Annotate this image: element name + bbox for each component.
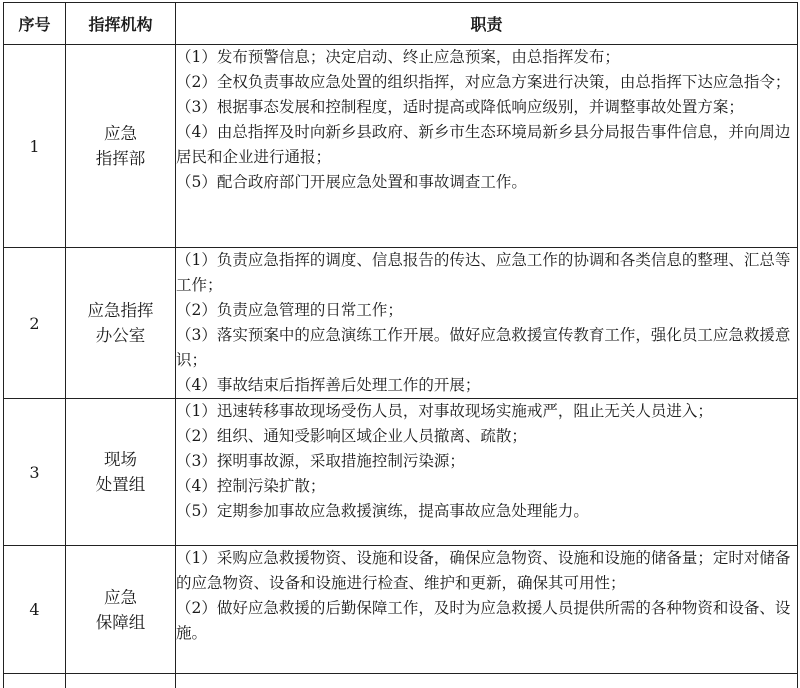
row-org: 应急 指挥部 xyxy=(66,45,176,248)
org-line: 保障组 xyxy=(66,610,175,635)
row-seq: 4 xyxy=(4,546,66,674)
table-row-partial xyxy=(4,674,798,688)
duty-item: （4）事故结束后指挥善后处理工作的开展； xyxy=(176,373,797,398)
header-row: 序号 指挥机构 职责 xyxy=(4,3,798,45)
row-duties xyxy=(176,674,798,688)
org-line: 应急 xyxy=(66,585,175,610)
org-line: 办公室 xyxy=(66,323,175,348)
header-seq: 序号 xyxy=(4,3,66,45)
duty-item: （1）迅速转移事故现场受伤人员，对事故现场实施戒严，阻止无关人员进入； xyxy=(176,399,797,424)
table-row: 2 应急指挥 办公室 （1）负责应急指挥的调度、信息报告的传达、应急工作的协调和… xyxy=(4,248,798,399)
row-seq: 1 xyxy=(4,45,66,248)
duty-item: （5）配合政府部门开展应急处置和事故调查工作。 xyxy=(176,170,797,195)
row-duties: （1）采购应急救援物资、设施和设备，确保应急物资、设施和设施的储备量；定时对储备… xyxy=(176,546,798,674)
header-org: 指挥机构 xyxy=(66,3,176,45)
duty-item: （4）由总指挥及时向新乡县政府、新乡市生态环境局新乡县分局报告事件信息，并向周边… xyxy=(176,120,797,170)
row-org: 现场 处置组 xyxy=(66,399,176,546)
row-duties: （1）发布预警信息；决定启动、终止应急预案，由总指挥发布； （2）全权负责事故应… xyxy=(176,45,798,248)
duty-item: （3）根据事态发展和控制程度，适时提高或降低响应级别，并调整事故处置方案； xyxy=(176,95,797,120)
duty-item: （2）全权负责事故应急处置的组织指挥，对应急方案进行决策，由总指挥下达应急指令； xyxy=(176,70,797,95)
duty-item: （3）落实预案中的应急演练工作开展。做好应急救援宣传教育工作，强化员工应急救援意… xyxy=(176,323,797,373)
row-seq: 3 xyxy=(4,399,66,546)
org-line: 处置组 xyxy=(66,472,175,497)
row-seq xyxy=(4,674,66,688)
org-line: 现场 xyxy=(66,447,175,472)
org-line: 指挥部 xyxy=(66,146,175,171)
row-org xyxy=(66,674,176,688)
row-org: 应急指挥 办公室 xyxy=(66,248,176,399)
row-duties: （1）迅速转移事故现场受伤人员，对事故现场实施戒严，阻止无关人员进入； （2）组… xyxy=(176,399,798,546)
org-line: 应急 xyxy=(66,121,175,146)
row-duties: （1）负责应急指挥的调度、信息报告的传达、应急工作的协调和各类信息的整理、汇总等… xyxy=(176,248,798,399)
org-line: 应急指挥 xyxy=(66,298,175,323)
row-seq: 2 xyxy=(4,248,66,399)
duty-item: （2）做好应急救援的后勤保障工作，及时为应急救援人员提供所需的各种物资和设备、设… xyxy=(176,596,797,646)
header-duties: 职责 xyxy=(176,3,798,45)
command-structure-table: 序号 指挥机构 职责 1 应急 指挥部 （1）发布预警信息；决定启动、终止应急预… xyxy=(3,2,798,688)
duty-item: （1）采购应急救援物资、设施和设备，确保应急物资、设施和设施的储备量；定时对储备… xyxy=(176,546,797,596)
table-row: 1 应急 指挥部 （1）发布预警信息；决定启动、终止应急预案，由总指挥发布； （… xyxy=(4,45,798,248)
table-row: 4 应急 保障组 （1）采购应急救援物资、设施和设备，确保应急物资、设施和设施的… xyxy=(4,546,798,674)
duty-item: （3）探明事故源，采取措施控制污染源； xyxy=(176,449,797,474)
duty-item: （1）负责应急指挥的调度、信息报告的传达、应急工作的协调和各类信息的整理、汇总等… xyxy=(176,248,797,298)
row-org: 应急 保障组 xyxy=(66,546,176,674)
duty-item: （4）控制污染扩散； xyxy=(176,474,797,499)
duty-item: （2）负责应急管理的日常工作； xyxy=(176,298,797,323)
duty-item: （5）定期参加事故应急救援演练，提高事故应急处理能力。 xyxy=(176,499,797,524)
table-row: 3 现场 处置组 （1）迅速转移事故现场受伤人员，对事故现场实施戒严，阻止无关人… xyxy=(4,399,798,546)
duty-item: （1）发布预警信息；决定启动、终止应急预案，由总指挥发布； xyxy=(176,45,797,70)
duty-item: （2）组织、通知受影响区域企业人员撤离、疏散； xyxy=(176,424,797,449)
